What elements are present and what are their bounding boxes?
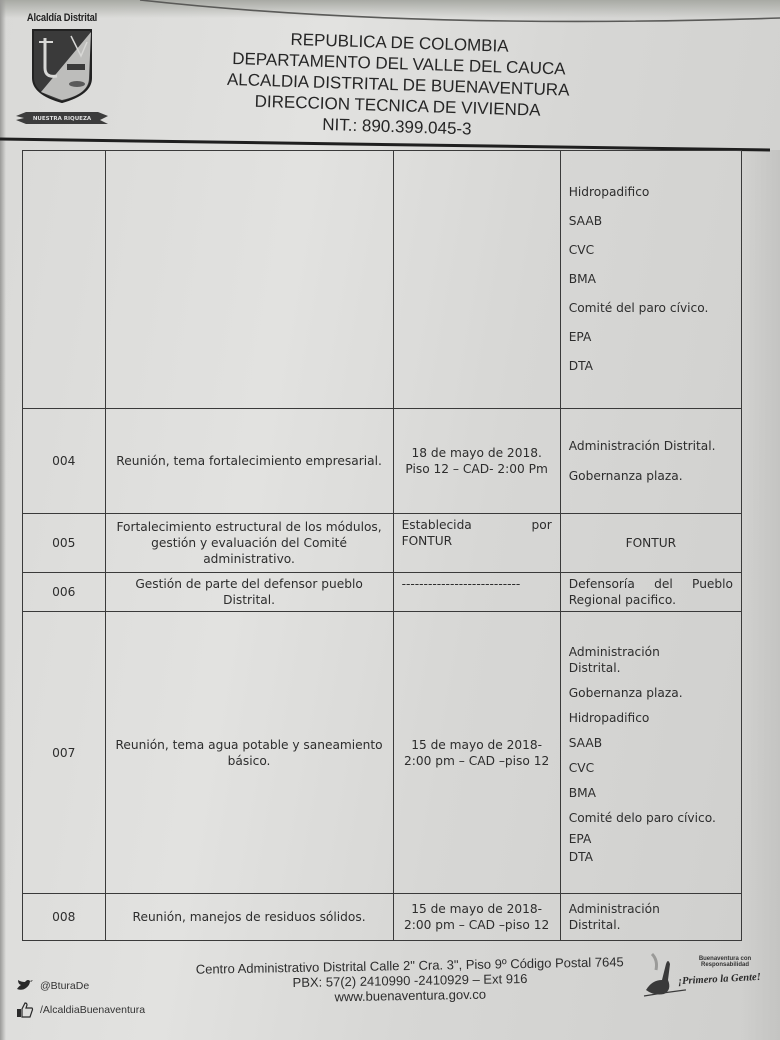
entity-item: EPA xyxy=(569,831,733,847)
entity-item: CVC xyxy=(569,756,733,781)
logo-caption: Alcaldía Distrital xyxy=(21,12,103,24)
entity-item: SAAB xyxy=(569,731,733,756)
twitter-handle: @BturaDe xyxy=(40,980,89,992)
entity-item: Administración Distrital. xyxy=(569,438,733,454)
entity-item: Defensoría del Pueblo xyxy=(569,576,733,592)
table-row: 004 Reunión, tema fortalecimiento empres… xyxy=(23,409,742,514)
row-number-cell: 006 xyxy=(23,573,106,612)
entity-item: EPA xyxy=(569,323,733,352)
page-edge-right xyxy=(740,150,780,1040)
row-description-cell: Gestión de parte del defensor pueblo Dis… xyxy=(105,573,393,612)
entity-item: DTA xyxy=(569,352,733,381)
municipal-logo: Alcaldía Distrital NUESTRA RIQUEZA xyxy=(14,12,110,130)
row-number-cell: 005 xyxy=(23,514,106,573)
row-entities-cell: Hidropadifico SAAB CVC BMA Comité del pa… xyxy=(560,151,741,409)
svg-text:NUESTRA RIQUEZA: NUESTRA RIQUEZA xyxy=(33,116,92,122)
date-line: 18 de mayo de 2018. xyxy=(402,445,552,461)
table-row: 005 Fortalecimiento estructural de los m… xyxy=(23,514,742,573)
footer-address: Centro Administrativo Distrital Calle 2"… xyxy=(170,954,651,1007)
twitter-bird-icon xyxy=(16,979,34,993)
row-number-cell xyxy=(23,151,106,409)
entity-item: FONTUR xyxy=(569,535,733,551)
row-date-cell: 18 de mayo de 2018. Piso 12 – CAD- 2:00 … xyxy=(393,409,560,514)
date-line: 15 de mayo de 2018- xyxy=(402,901,552,917)
row-date-cell: 15 de mayo de 2018- 2:00 pm – CAD –piso … xyxy=(393,894,560,941)
row-entities-cell: Defensoría del Pueblo Regional pacifico. xyxy=(560,573,741,612)
entity-item: Administración Distrital. xyxy=(569,901,669,933)
row-number-cell: 007 xyxy=(23,612,106,894)
entity-item: Comité del paro cívico. xyxy=(569,294,733,323)
row-description-cell: Reunión, tema agua potable y saneamiento… xyxy=(105,612,393,894)
row-description-cell xyxy=(105,151,393,409)
row-entities-cell: Administración Distrital. Gobernanza pla… xyxy=(560,612,741,894)
date-line: 15 de mayo de 2018- xyxy=(402,737,552,753)
entity-item: CVC xyxy=(569,236,733,265)
place-line: 2:00 pm – CAD –piso 12 xyxy=(402,753,552,769)
entity-item: BMA xyxy=(569,781,733,806)
entity-item: DTA xyxy=(569,847,733,865)
activities-table-container: Hidropadifico SAAB CVC BMA Comité del pa… xyxy=(22,150,742,950)
entity-item: Regional pacifico. xyxy=(569,592,733,608)
entity-item: SAAB xyxy=(569,207,733,236)
table-row: 006 Gestión de parte del defensor pueblo… xyxy=(23,573,742,612)
entity-item: Gobernanza plaza. xyxy=(569,468,733,484)
slogan-title: ¡Primero la Gente! xyxy=(678,972,761,987)
letterhead-title: REPUBLICA DE COLOMBIA DEPARTAMENTO DEL V… xyxy=(197,26,600,144)
logo-banner-ribbon: NUESTRA RIQUEZA xyxy=(16,110,108,126)
row-date-cell: --------------------------- xyxy=(393,573,560,612)
row-number-cell: 004 xyxy=(23,409,106,514)
campaign-slogan-logo: Buenaventura con Responsabilidad ¡Primer… xyxy=(642,950,762,998)
row-description-cell: Reunión, manejos de residuos sólidos. xyxy=(105,894,393,941)
hands-logo-icon xyxy=(642,950,686,998)
row-number-cell: 008 xyxy=(23,894,106,941)
place-line: Piso 12 – CAD- 2:00 Pm xyxy=(402,461,552,477)
activities-table: Hidropadifico SAAB CVC BMA Comité del pa… xyxy=(22,150,742,941)
table-row: Hidropadifico SAAB CVC BMA Comité del pa… xyxy=(23,151,742,409)
empty-date-dashes: --------------------------- xyxy=(402,576,552,592)
facebook-page: /AlcaldiaBuenaventura xyxy=(40,1004,145,1016)
social-twitter[interactable]: @BturaDe xyxy=(16,976,176,996)
row-date-cell: Establecida por FONTUR xyxy=(393,514,560,573)
social-facebook[interactable]: /AlcaldiaBuenaventura xyxy=(16,1000,176,1020)
row-entities-cell: Administración Distrital. Gobernanza pla… xyxy=(560,409,741,514)
row-description-cell: Reunión, tema fortalecimiento empresaria… xyxy=(105,409,393,514)
row-description-cell: Fortalecimiento estructural de los módul… xyxy=(105,514,393,573)
row-entities-cell: Administración Distrital. xyxy=(560,894,741,941)
place-line: FONTUR xyxy=(402,533,552,549)
place-line: 2:00 pm – CAD –piso 12 xyxy=(402,917,552,933)
entity-item: Comité delo paro cívico. xyxy=(569,806,733,831)
scanned-document-page: Alcaldía Distrital NUESTRA RIQUEZA REPUB… xyxy=(0,0,780,1040)
row-date-cell xyxy=(393,151,560,409)
row-date-cell: 15 de mayo de 2018- 2:00 pm – CAD –piso … xyxy=(393,612,560,894)
slogan-subtitle: Buenaventura con Responsabilidad xyxy=(690,956,760,968)
entity-item: Hidropadifico xyxy=(569,706,733,731)
entity-item: Gobernanza plaza. xyxy=(569,681,733,706)
table-row: 008 Reunión, manejos de residuos sólidos… xyxy=(23,894,742,941)
row-entities-cell: FONTUR xyxy=(560,514,741,573)
entity-item: BMA xyxy=(569,265,733,294)
entity-item: Hidropadifico xyxy=(569,178,733,207)
date-line: Establecida por xyxy=(402,517,552,533)
coat-of-arms-icon xyxy=(31,28,93,104)
entity-item: Administración Distrital. xyxy=(569,640,679,681)
thumbs-up-icon xyxy=(16,1002,34,1018)
social-links: @BturaDe /AlcaldiaBuenaventura xyxy=(16,976,176,1024)
table-row: 007 Reunión, tema agua potable y saneami… xyxy=(23,612,742,894)
